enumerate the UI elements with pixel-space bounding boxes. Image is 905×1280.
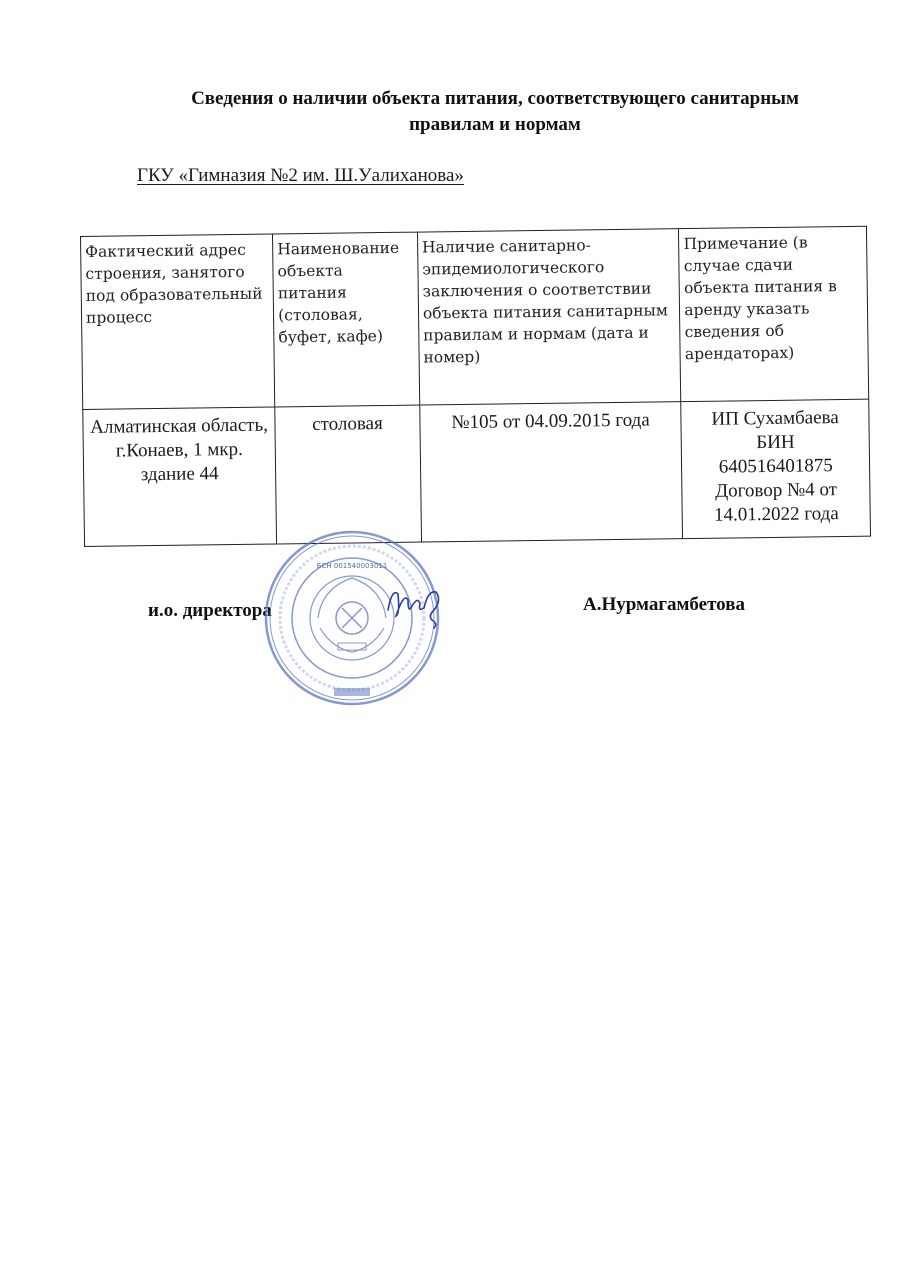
food-facility-table: Фактический адрес строения, занятого под… — [80, 226, 871, 547]
svg-text:БСН 001540003011: БСН 001540003011 — [317, 562, 388, 570]
cell-facility: столовая — [275, 405, 421, 544]
title-line-2: правилам и нормам — [140, 112, 850, 138]
table-header-row: Фактический адрес строения, занятого под… — [81, 226, 869, 409]
cell-certificate: №105 от 04.09.2015 года — [420, 402, 683, 542]
signatory-name: А.Нурмагамбетова — [583, 594, 745, 616]
note-line: БИН — [686, 430, 865, 456]
signatory-role: и.о. директора — [148, 600, 272, 622]
header-facility: Наименование объекта питания (столовая, … — [273, 232, 420, 407]
header-certificate: Наличие санитарно-эпидемиологического за… — [417, 229, 681, 405]
note-line: 14.01.2022 года — [687, 502, 866, 528]
cell-address: Алматинская область, г.Конаев, 1 мкр. зд… — [83, 407, 277, 547]
note-line: Договор №4 от — [687, 478, 866, 504]
cell-note: ИП Сухамбаева БИН 640516401875 Договор №… — [681, 399, 870, 538]
organization-name: ГКУ «Гимназия №2 им. Ш.Уалиханова» — [137, 165, 464, 187]
header-address: Фактический адрес строения, занятого под… — [81, 234, 275, 410]
document-title: Сведения о наличии объекта питания, соот… — [140, 86, 850, 138]
header-note: Примечание (в случае сдачи объекта питан… — [679, 226, 869, 401]
title-line-1: Сведения о наличии объекта питания, соот… — [140, 86, 850, 112]
note-line: ИП Сухамбаева — [686, 406, 865, 432]
table-row: Алматинская область, г.Конаев, 1 мкр. зд… — [83, 399, 871, 546]
handwritten-signature-icon — [384, 580, 444, 630]
note-line: 640516401875 — [686, 454, 865, 480]
